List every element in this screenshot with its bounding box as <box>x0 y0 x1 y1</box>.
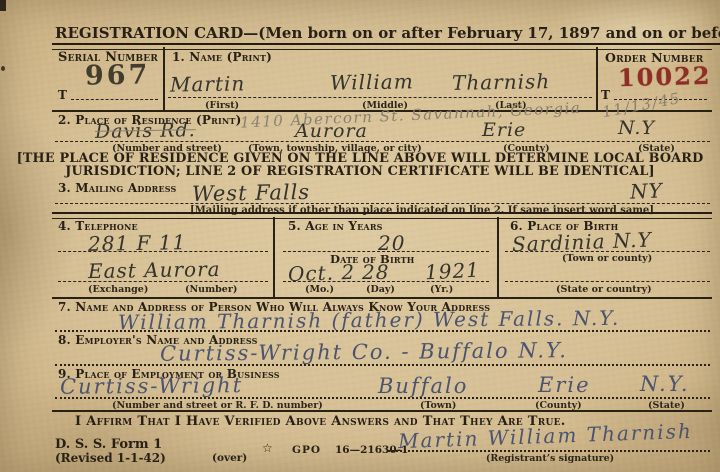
scan-edge-dot <box>1 66 5 71</box>
residence-notice-line2: JURISDICTION; LINE 2 OF REGISTRATION CER… <box>0 164 720 179</box>
birth-caption-town: (Town or county) <box>562 253 652 264</box>
name-last-value: Tharnish <box>452 69 551 95</box>
name-baseline <box>168 97 592 98</box>
employment-state-value: N.Y. <box>640 372 690 396</box>
header-rule <box>52 43 712 50</box>
row1-divider-left <box>163 47 165 110</box>
telephone-caption-exchange: (Exchange) <box>88 284 148 295</box>
employment-street-value: Curtiss-Wright <box>60 373 243 399</box>
row4-bottom-rule <box>52 297 712 299</box>
serial-prefix: T <box>58 88 67 102</box>
signature-caption: (Registrant’s signature) <box>430 453 670 464</box>
birth-line2 <box>505 281 710 282</box>
form-number: D. S. S. Form 1 <box>55 437 162 452</box>
residence-town-value: Aurora <box>295 120 368 142</box>
form-revision: (Revised 1-1-42) <box>55 451 166 465</box>
name-caption-first: (First) <box>205 100 239 111</box>
registration-card: REGISTRATION CARD—(Men born on or after … <box>0 0 720 472</box>
mailing-label: 3. Mailing Address <box>58 181 177 195</box>
name-first-value: Martin <box>170 71 246 96</box>
residence-county-value: Erie <box>482 119 526 141</box>
age-label: 5. Age in Years <box>288 219 383 233</box>
signature-baseline <box>388 450 710 452</box>
card-title-text: REGISTRATION CARD—(Men born on or after … <box>55 24 720 45</box>
serial-dash-line <box>71 99 158 100</box>
telephone-line2 <box>58 281 268 282</box>
telephone-caption-number: (Number) <box>185 284 237 295</box>
residence-street-value: Davis Rd. <box>95 119 196 143</box>
star-icon: ☆ <box>262 441 273 455</box>
employer-value: Curtiss-Wright Co. - Buffalo N.Y. <box>160 338 568 366</box>
serial-prefix-line: T <box>58 88 158 102</box>
dob-caption-year: (Yr.) <box>430 284 453 295</box>
employment-town-value: Buffalo <box>378 374 468 398</box>
row4-divider-right <box>497 217 499 298</box>
affirm-rule <box>52 410 712 412</box>
row4-divider-left <box>273 217 275 298</box>
dob-month-value: Oct. 2 <box>288 260 356 286</box>
name-label: 1. Name (Print) <box>172 50 272 64</box>
dob-caption-day: (Day) <box>366 284 395 295</box>
birth-caption-state: (State or country) <box>556 284 652 295</box>
pencil-address: 1410 Abercorn St. Savannah, Georgia <box>240 99 582 132</box>
telephone-line1 <box>58 251 268 252</box>
card-title: REGISTRATION CARD—(Men born on or after … <box>55 23 720 42</box>
telephone-exchange-value: East Aurora <box>88 257 221 283</box>
name-middle-value: William <box>330 69 414 94</box>
employment-baseline <box>55 397 710 399</box>
mailing-state-value: NY <box>630 178 664 203</box>
contact-baseline <box>55 330 710 332</box>
over-note: (over) <box>212 452 247 464</box>
mid-double-rule <box>52 212 712 219</box>
employer-baseline <box>55 364 710 366</box>
scan-corner-mark <box>0 0 6 11</box>
residence-baseline <box>55 141 710 142</box>
employment-county-value: Erie <box>538 373 591 397</box>
mailing-baseline <box>55 203 710 204</box>
dob-caption-month: (Mo.) <box>305 284 334 295</box>
dob-baseline <box>283 281 489 282</box>
serial-number-value: 967 <box>85 59 151 91</box>
gpo-mark: GPO <box>292 444 321 456</box>
residence-state-value: N.Y <box>618 117 655 139</box>
birth-line1 <box>505 251 710 252</box>
